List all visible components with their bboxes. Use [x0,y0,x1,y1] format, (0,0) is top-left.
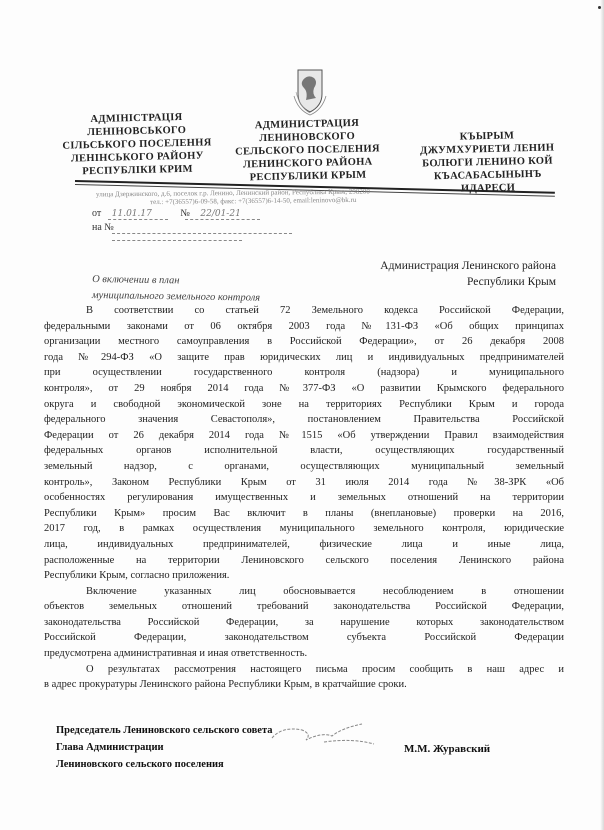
letterhead-crimean-tatar: КЪЫРЫМ ДЖУМХУРИЕТИ ЛЕНИН БОЛЮГИ ЛЕНИНО К… [399,128,575,197]
body-line: округа и свободной экономической зоне на… [44,397,564,413]
date-label: от [92,208,101,219]
body-line: организации местного самоуправления в Ро… [44,334,564,350]
letterhead-russian: АДМИНИСТРАЦИЯ ЛЕНИНОВСКОГО СЕЛЬСКОГО ПОС… [219,116,395,185]
number-value: 22/01-21 [200,209,240,219]
coat-of-arms-icon [292,66,328,116]
incoming-underline [112,240,242,241]
number-underline [185,219,260,220]
body-line: контроль», Законом Республики Крым от 31… [44,475,564,491]
date-underline [108,219,168,220]
body-line: 2017 год, в рамках осуществления муницип… [44,521,564,537]
body-line: Федерации от 26 декабря 2014 года №1515 … [44,428,564,444]
body-line: Включение указанных лиц обосновывается н… [44,584,564,600]
letterhead-ukrainian: АДМІНІСТРАЦІЯ ЛЕНІНОВСЬКОГО СІЛЬСЬКОГО П… [51,110,222,179]
outgoing-reference: от 11.01.17 № 22/01-21 [92,208,241,219]
date-value: 11.01.17 [112,209,152,219]
handwritten-signature-icon [262,720,382,750]
addressee: Администрация Ленинского района Республи… [380,258,556,290]
body-line: предусмотрена административная и иная от… [44,646,564,662]
body-line: федеральных органов исполнительной власт… [44,443,564,459]
body-line: федеральными законами от 06 октября 2003… [44,319,564,335]
body-line: федерального значения Севастополя», пост… [44,412,564,428]
body-line: О результатах рассмотрения настоящего пи… [44,662,564,678]
body-line: контроля», от 29 ноября 2014 года №377-Ф… [44,381,564,397]
body-line: в адрес прокуратуры Ленинского района Ре… [44,677,564,693]
incoming-underline [112,233,292,234]
incoming-reference-label: на № [92,222,114,233]
body-line: года №294-ФЗ «О защите прав юридических … [44,350,564,366]
body-line: при осуществлении государственного контр… [44,365,564,381]
page-edge-shadow [600,0,604,830]
signatory-titles: Председатель Лениновского сельского сове… [56,722,273,773]
paragraph-1: В соответствии со статьей 72 Земельного … [44,303,564,584]
addressee-line: Республики Крым [380,274,556,290]
signatory-name: М.М. Журавский [404,743,490,755]
body-line: Республики Крым» просим Вас включит в пл… [44,506,564,522]
body-line: лица, индивидуальных предпринимателей, ф… [44,537,564,553]
body-line: законодательства Российской Федерации, з… [44,615,564,631]
signatory-title: Председатель Лениновского сельского сове… [56,722,273,739]
addressee-line: Администрация Ленинского района [380,258,556,274]
contact-line: тел.: +7(36557)6-09-58, факс: +7(36557)6… [150,196,356,206]
letter-body: В соответствии со статьей 72 Земельного … [44,303,564,693]
number-label: № [180,208,190,219]
paragraph-3: О результатах рассмотрения настоящего пи… [44,662,564,693]
body-line: особенностях регулирования имущественных… [44,490,564,506]
subject: О включении в план муниципального земель… [92,272,261,307]
scan-speck [598,6,601,9]
signatory-title: Лениновского сельского поселения [56,756,273,773]
signatory-title: Глава Администрации [56,739,273,756]
paragraph-2: Включение указанных лиц обосновывается н… [44,584,564,662]
body-line: Российской Федерации, законодательством … [44,630,564,646]
body-line: объектов земельных отношений требований … [44,599,564,615]
letter-page: АДМІНІСТРАЦІЯ ЛЕНІНОВСЬКОГО СІЛЬСЬКОГО П… [0,0,604,830]
body-line: расположенные на территории Лениновского… [44,553,564,569]
body-line: земельный надзор, с органами, осуществля… [44,459,564,475]
body-line: Республики Крым, согласно приложения. [44,568,564,584]
body-line: В соответствии со статьей 72 Земельного … [44,303,564,319]
